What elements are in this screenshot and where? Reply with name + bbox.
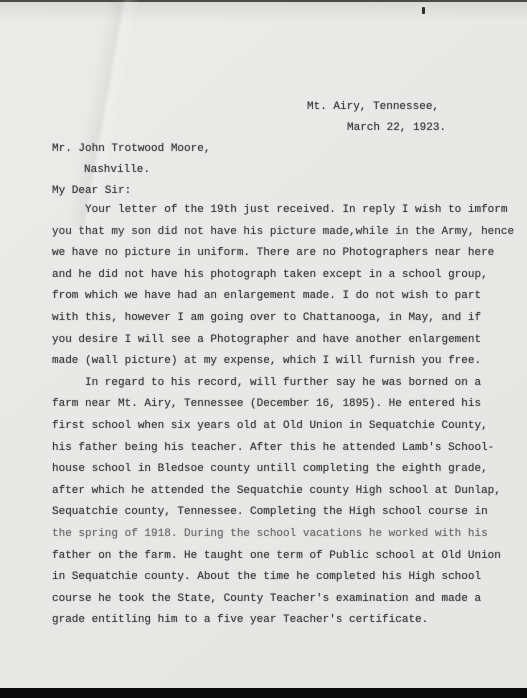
letter-line: In regard to his record, will further sa… <box>52 373 522 395</box>
letter-page: Mt. Airy, Tennessee, March 22, 1923. Mr.… <box>0 0 527 698</box>
letter-line: his father being his teacher. After this… <box>52 438 522 460</box>
letter-line: Your letter of the 19th just received. I… <box>52 200 522 222</box>
letter-date-line: March 22, 1923. <box>347 121 446 135</box>
letter-line: with this, however I am going over to Ch… <box>52 308 522 330</box>
letter-line: and he did not have his photograph taken… <box>52 265 522 287</box>
scan-top-edge <box>0 0 527 2</box>
letter-place-line: Mt. Airy, Tennessee, <box>307 100 439 114</box>
letter-line: grade entitling him to a five year Teach… <box>52 610 522 632</box>
letter-recipient-name: Mr. John Trotwood Moore, <box>52 142 210 156</box>
letter-line: you that my son did not have his picture… <box>52 222 522 244</box>
letter-line: in Sequatchie county. About the time he … <box>52 567 522 589</box>
letter-line: after which he attended the Sequatchie c… <box>52 481 522 503</box>
letter-line: father on the farm. He taught one term o… <box>52 546 522 568</box>
scan-viewport: Mt. Airy, Tennessee, March 22, 1923. Mr.… <box>0 0 527 698</box>
letter-recipient-city: Nashville. <box>84 163 150 177</box>
letter-line: made (wall picture) at my expense, which… <box>52 351 522 373</box>
letter-line: course he took the State, County Teacher… <box>52 589 522 611</box>
letter-line: Sequatchie county, Tennessee. Completing… <box>52 502 522 524</box>
letter-line: the spring of 1918. During the school va… <box>52 524 522 546</box>
letter-line: from which we have had an enlargement ma… <box>52 286 522 308</box>
scan-top-shading <box>0 0 527 26</box>
letter-salutation: My Dear Sir: <box>52 184 131 198</box>
letter-line: house school in Bledsoe county untill co… <box>52 459 522 481</box>
letter-body: Your letter of the 19th just received. I… <box>52 200 522 632</box>
letter-line: we have no picture in uniform. There are… <box>52 243 522 265</box>
scan-artifact-tick <box>422 7 425 14</box>
letter-line: you desire I will see a Photographer and… <box>52 330 522 352</box>
scan-bottom-band <box>0 688 527 698</box>
letter-line: first school when six years old at Old U… <box>52 416 522 438</box>
letter-line: farm near Mt. Airy, Tennessee (December … <box>52 394 522 416</box>
